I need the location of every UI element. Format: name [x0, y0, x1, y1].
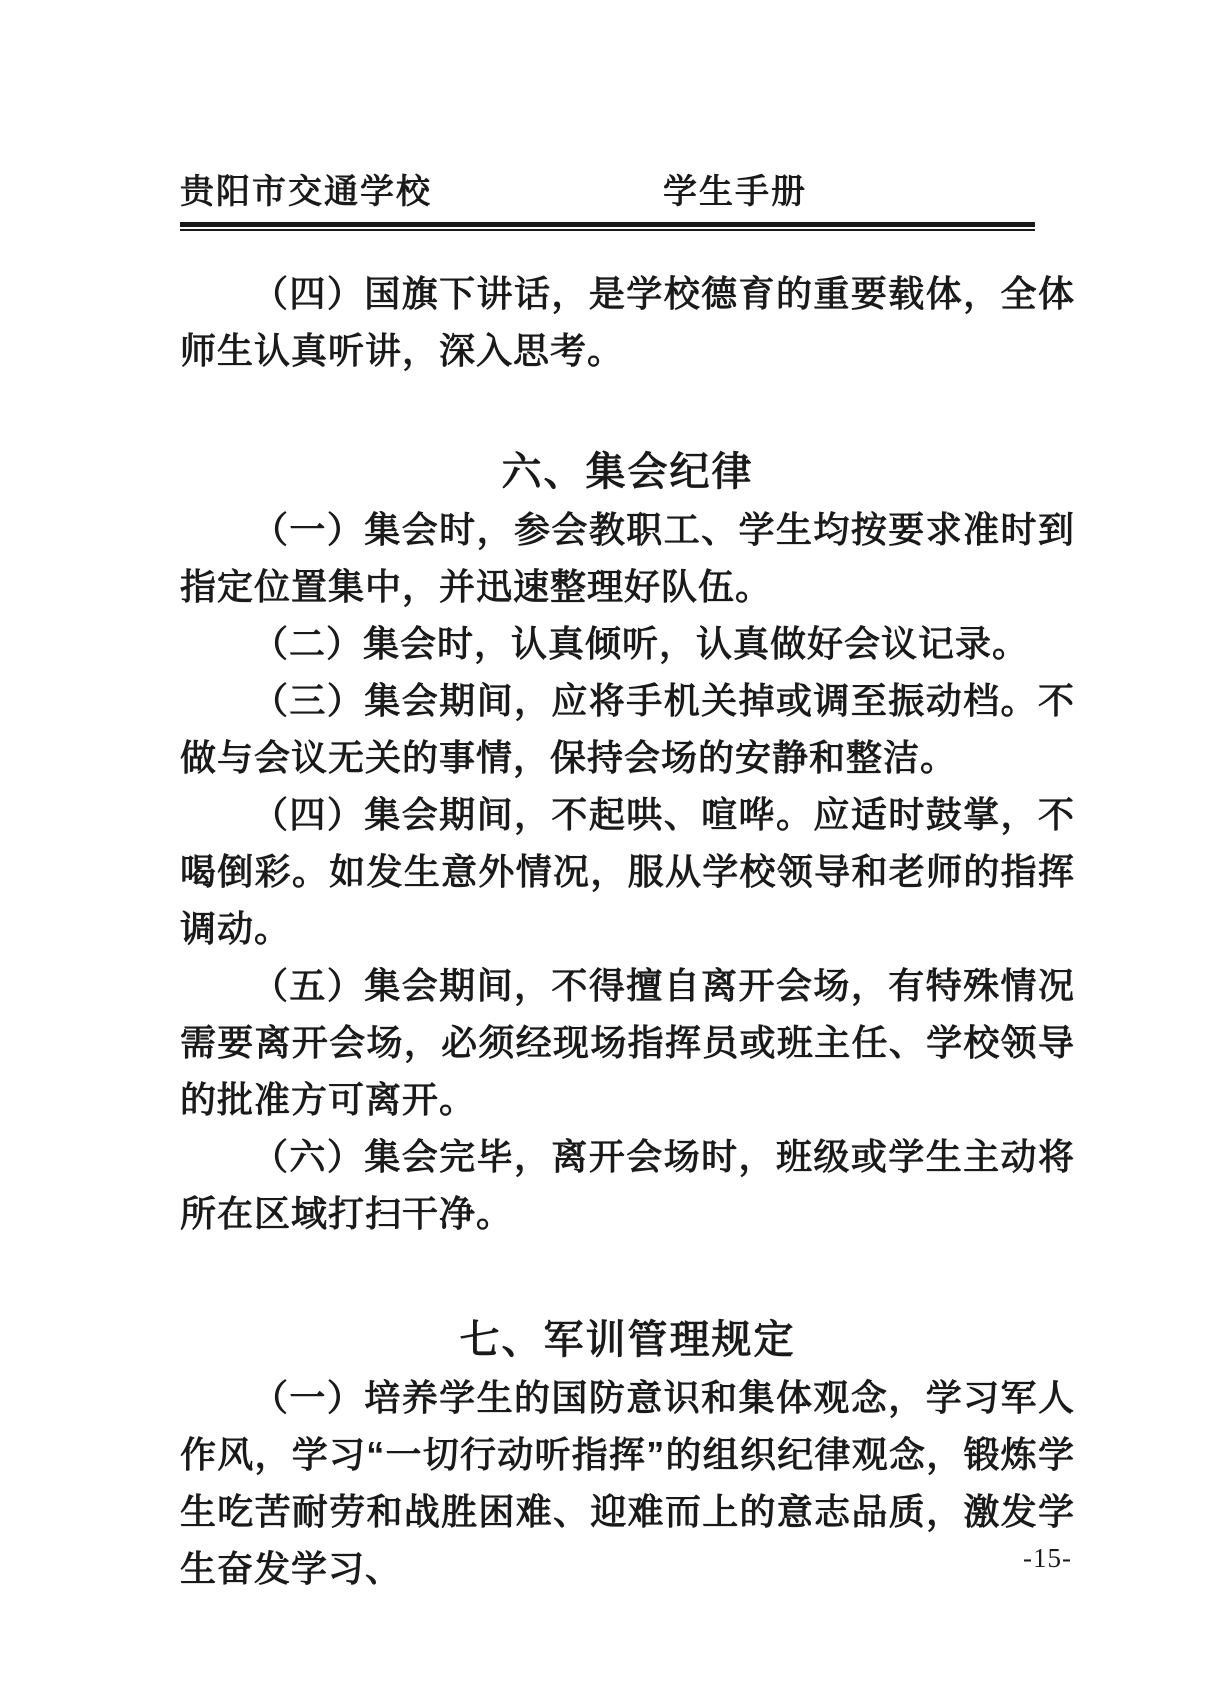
assembly-rule-4: （四）集会期间，不起哄、喧哗。应适时鼓掌，不喝倒彩。如发生意外情况，服从学校领导…	[180, 786, 1075, 957]
page-header: 贵阳市交通学校 学生手册	[0, 0, 1213, 231]
assembly-rule-3: （三）集会期间，应将手机关掉或调至振动档。不做与会议无关的事情，保持会场的安静和…	[180, 672, 1075, 786]
assembly-rule-2: （二）集会时，认真倾听，认真做好会议记录。	[180, 615, 1075, 672]
assembly-rule-1: （一）集会时，参会教职工、学生均按要求准时到指定位置集中，并迅速整理好队伍。	[180, 501, 1075, 615]
assembly-rule-5: （五）集会期间，不得擅自离开会场，有特殊情况需要离开会场，必须经现场指挥员或班主…	[180, 957, 1075, 1128]
military-training-rule-1: （一）培养学生的国防意识和集体观念，学习军人作风，学习“一切行动听指挥”的组织纪…	[180, 1369, 1075, 1597]
paragraph-flag-speech: （四）国旗下讲话，是学校德育的重要载体，全体师生认真听讲，深入思考。	[180, 265, 1075, 379]
assembly-rule-6: （六）集会完毕，离开会场时，班级或学生主动将所在区域打扫干净。	[180, 1128, 1075, 1242]
school-name: 贵阳市交通学校	[180, 173, 432, 211]
handbook-page: 贵阳市交通学校 学生手册 （四）国旗下讲话，是学校德育的重要载体，全体师生认真听…	[0, 0, 1213, 1701]
section-heading-assembly-discipline: 六、集会纪律	[180, 444, 1075, 501]
handbook-title: 学生手册	[663, 172, 807, 212]
page-body: （四）国旗下讲话，是学校德育的重要载体，全体师生认真听讲，深入思考。 六、集会纪…	[0, 265, 1213, 1597]
page-number: -15-	[1023, 1543, 1072, 1573]
header-row: 贵阳市交通学校 学生手册	[180, 172, 1075, 212]
section-heading-military-training: 七、军训管理规定	[180, 1312, 1075, 1369]
header-rule	[180, 222, 1035, 231]
